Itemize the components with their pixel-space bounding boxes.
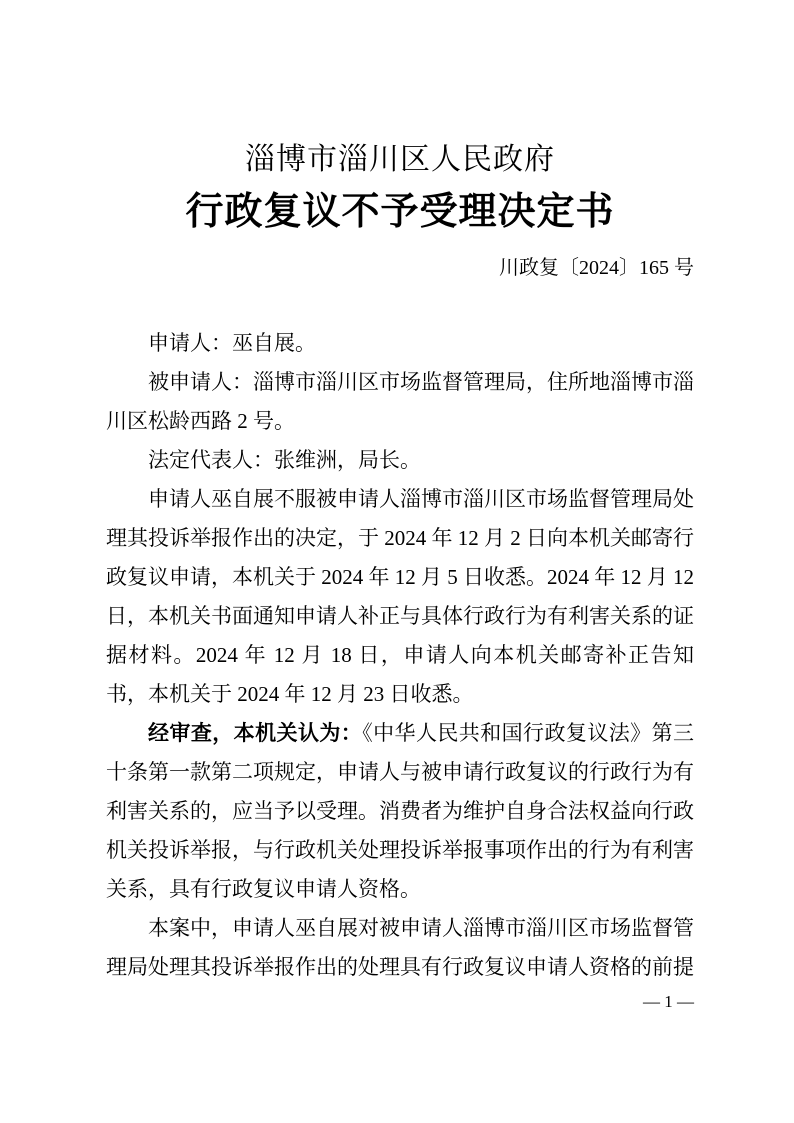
paragraph-case-background: 申请人巫自展不服被申请人淄博市淄川区市场监督管理局处理其投诉举报作出的决定，于 … <box>106 480 694 714</box>
paragraph-legal-representative: 法定代表人：张维洲，局长。 <box>106 441 694 480</box>
paragraph-case-analysis: 本案中，申请人巫自展对被申请人淄博市淄川区市场监督管理局处理其投诉举报作出的处理… <box>106 909 694 987</box>
page-number: — 1 — <box>643 992 694 1011</box>
paragraph-text: 申请人巫自展不服被申请人淄博市淄川区市场监督管理局处理其投诉举报作出的决定，于 … <box>106 487 694 706</box>
document-title: 行政复议不予受理决定书 <box>106 191 694 235</box>
document-number: 川政复〔2024〕165 号 <box>106 256 694 280</box>
issuer-title: 淄博市淄川区人民政府 <box>106 143 694 176</box>
document-header: 淄博市淄川区人民政府 行政复议不予受理决定书 川政复〔2024〕165 号 <box>106 143 694 280</box>
paragraph-text: 法定代表人：张维洲，局长。 <box>148 448 421 472</box>
document-page: 淄博市淄川区人民政府 行政复议不予受理决定书 川政复〔2024〕165 号 申请… <box>0 0 794 1123</box>
paragraph-review-opinion: 经审查，本机关认为：《中华人民共和国行政复议法》第三十条第一款第二项规定，申请人… <box>106 714 694 909</box>
paragraph-bold-lead: 经审查，本机关认为： <box>148 722 362 745</box>
page-footer: — 1 — <box>106 992 694 1012</box>
paragraph-text: 申请人：巫自展。 <box>148 331 316 355</box>
paragraph-respondent: 被申请人：淄博市淄川区市场监督管理局，住所地淄博市淄川区松龄西路 2 号。 <box>106 363 694 441</box>
paragraph-text: 《中华人民共和国行政复议法》第三十条第一款第二项规定，申请人与被申请行政复议的行… <box>106 721 694 901</box>
paragraph-text: 被申请人：淄博市淄川区市场监督管理局，住所地淄博市淄川区松龄西路 2 号。 <box>106 370 694 433</box>
paragraph-text: 本案中，申请人巫自展对被申请人淄博市淄川区市场监督管理局处理其投诉举报作出的处理… <box>106 916 694 979</box>
paragraph-applicant: 申请人：巫自展。 <box>106 324 694 363</box>
document-body: 申请人：巫自展。 被申请人：淄博市淄川区市场监督管理局，住所地淄博市淄川区松龄西… <box>106 324 694 987</box>
